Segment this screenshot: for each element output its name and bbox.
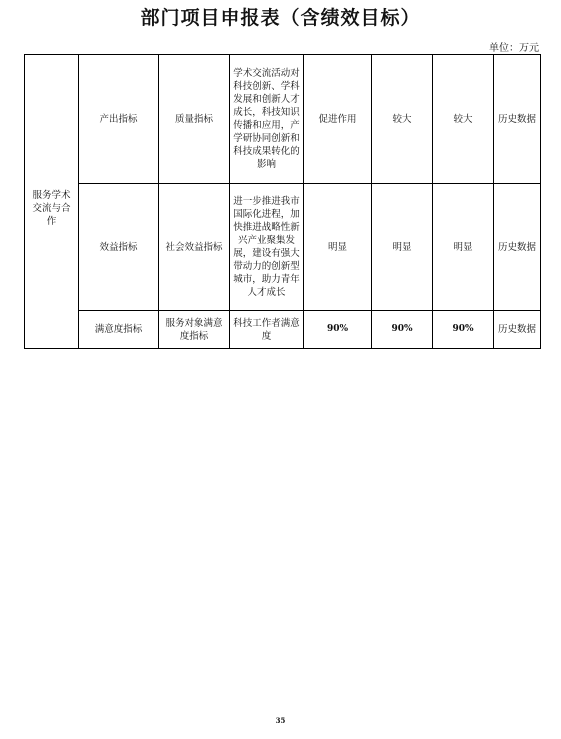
page-title: 部门项目申报表（含绩效目标） [0,3,561,30]
target-value-2: 明显 [372,184,433,311]
level1-indicator: 满意度指标 [79,311,159,349]
target-value-1: 明显 [304,184,372,311]
level2-indicator: 社会效益指标 [159,184,230,311]
page-number: 35 [0,716,561,725]
target-value-1: 90% [304,311,372,349]
basis-cell: 历史数据 [494,55,541,184]
performance-table: 服务学术交流与合作 产出指标 质量指标 学术交流活动对科技创新、学科发展和创新人… [24,54,541,349]
basis-cell: 历史数据 [494,184,541,311]
unit-label: 单位：万元 [489,39,539,54]
target-value-2: 90% [372,311,433,349]
basis-cell: 历史数据 [494,311,541,349]
level2-indicator: 服务对象满意度指标 [159,311,230,349]
target-value-2: 较大 [372,55,433,184]
table-row: 满意度指标 服务对象满意度指标 科技工作者满意度 90% 90% 90% 历史数… [25,311,541,349]
indicator-description: 科技工作者满意度 [230,311,304,349]
target-value-1: 促进作用 [304,55,372,184]
table-row: 服务学术交流与合作 产出指标 质量指标 学术交流活动对科技创新、学科发展和创新人… [25,55,541,184]
target-value-3: 明显 [433,184,494,311]
level1-indicator: 产出指标 [79,55,159,184]
category-cell: 服务学术交流与合作 [25,55,79,349]
level2-indicator: 质量指标 [159,55,230,184]
target-value-3: 90% [433,311,494,349]
indicator-description: 学术交流活动对科技创新、学科发展和创新人才成长，科技知识传播和应用，产学研协同创… [230,55,304,184]
indicator-description: 进一步推进我市国际化进程，加快推进战略性新兴产业聚集发展，建设有强大带动力的创新… [230,184,304,311]
level1-indicator: 效益指标 [79,184,159,311]
table-row: 效益指标 社会效益指标 进一步推进我市国际化进程，加快推进战略性新兴产业聚集发展… [25,184,541,311]
target-value-3: 较大 [433,55,494,184]
